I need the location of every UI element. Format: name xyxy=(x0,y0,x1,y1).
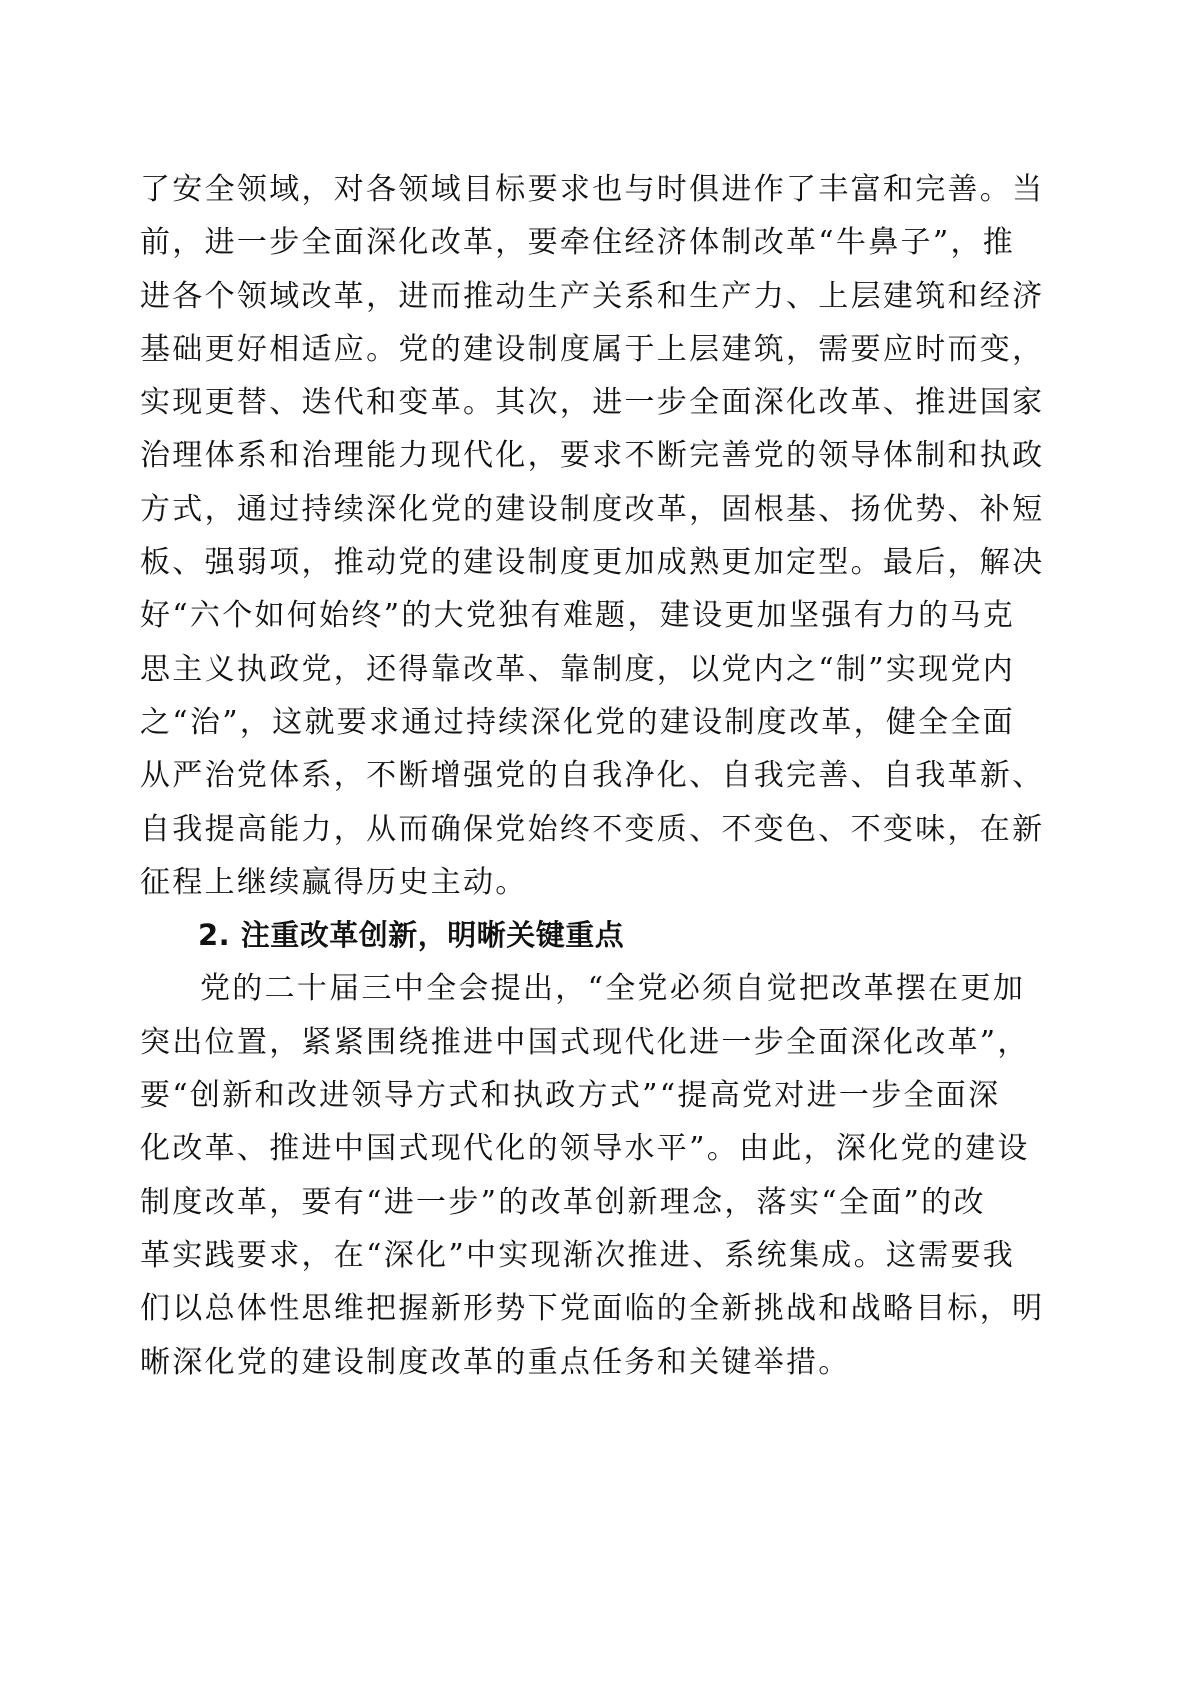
text-line: 板、强弱项，推动党的建设制度更加成熟更加定型。最后，解决 xyxy=(140,536,962,589)
text-line: 思主义执政党，还得靠改革、靠制度，以党内之“制”实现党内 xyxy=(140,643,962,696)
text-line: 之“治”，这就要求通过持续深化党的建设制度改革，健全全面 xyxy=(140,696,962,749)
text-line: 要“创新和改进领导方式和执政方式”“提高党对进一步全面深 xyxy=(140,1069,962,1122)
text-line: 进各个领域改革，进而推动生产关系和生产力、上层建筑和经济 xyxy=(140,270,962,323)
text-line: 前，进一步全面深化改革，要牵住经济体制改革“牛鼻子”，推 xyxy=(140,216,962,269)
text-line: 征程上继续赢得历史主动。 xyxy=(140,856,962,909)
text-line: 自我提高能力，从而确保党始终不变质、不变色、不变味，在新 xyxy=(140,803,962,856)
text-line: 治理体系和治理能力现代化，要求不断完善党的领导体制和执政 xyxy=(140,429,962,482)
text-line: 实现更替、迭代和变革。其次，进一步全面深化改革、推进国家 xyxy=(140,376,962,429)
document-page: 了安全领域，对各领域目标要求也与时俱进作了丰富和完善。当 前，进一步全面深化改革… xyxy=(140,163,962,1389)
paragraph: 党的二十届三中全会提出，“全党必须自觉把改革摆在更加 突出位置，紧紧围绕推进中国… xyxy=(140,962,962,1388)
text-line: 了安全领域，对各领域目标要求也与时俱进作了丰富和完善。当 xyxy=(140,163,962,216)
text-line: 好“六个如何始终”的大党独有难题，建设更加坚强有力的马克 xyxy=(140,589,962,642)
paragraph-continued: 了安全领域，对各领域目标要求也与时俱进作了丰富和完善。当 前，进一步全面深化改革… xyxy=(140,163,962,909)
text-line: 党的二十届三中全会提出，“全党必须自觉把改革摆在更加 xyxy=(140,962,962,1015)
text-line: 们以总体性思维把握新形势下党面临的全新挑战和战略目标，明 xyxy=(140,1282,962,1335)
section-heading: 2. 注重改革创新，明晰关键重点 xyxy=(140,909,962,962)
text-line: 基础更好相适应。党的建设制度属于上层建筑，需要应时而变， xyxy=(140,323,962,376)
text-line: 从严治党体系，不断增强党的自我净化、自我完善、自我革新、 xyxy=(140,749,962,802)
text-line: 方式，通过持续深化党的建设制度改革，固根基、扬优势、补短 xyxy=(140,483,962,536)
text-line: 突出位置，紧紧围绕推进中国式现代化进一步全面深化改革”， xyxy=(140,1016,962,1069)
text-line: 化改革、推进中国式现代化的领导水平”。由此，深化党的建设 xyxy=(140,1122,962,1175)
text-line: 制度改革，要有“进一步”的改革创新理念，落实“全面”的改 xyxy=(140,1176,962,1229)
text-line: 晰深化党的建设制度改革的重点任务和关键举措。 xyxy=(140,1336,962,1389)
text-line: 革实践要求，在“深化”中实现渐次推进、系统集成。这需要我 xyxy=(140,1229,962,1282)
